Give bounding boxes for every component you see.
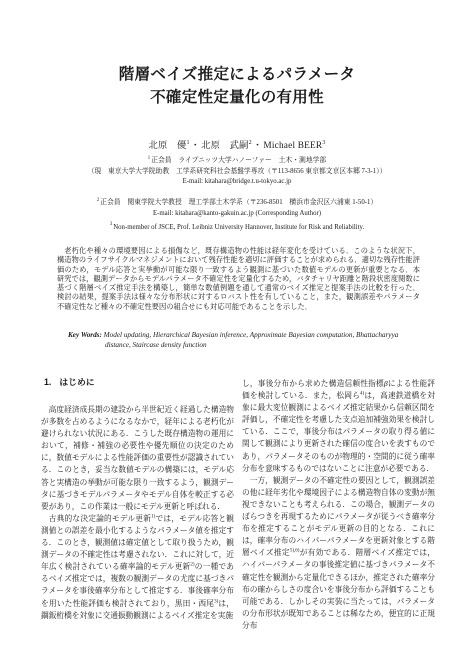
- title-line-2: 不確定性定量化の有用性: [0, 86, 474, 109]
- section-title: はじめに: [59, 377, 94, 387]
- keywords-block: Key Words: Model updating, Hierarchical …: [68, 331, 420, 350]
- paragraph-2: 古典的な決定論的モデル更新1)では，モデル応答と観測値との誤差を最小化するような…: [41, 513, 234, 622]
- affiliation-line-4: 3Non-member of JSCE, Prof. Leibniz Unive…: [0, 223, 474, 234]
- reference-superscript: 3): [214, 599, 218, 604]
- affiliation-email-1: E-mail: kitahara@bridge.t.u-tokyo.ac.jp: [0, 177, 474, 188]
- author-name: Michael BEER: [263, 141, 322, 151]
- title-line-1: 階層ベイズ推定によるパラメータ: [0, 63, 474, 86]
- author-superscript: 3: [322, 140, 325, 146]
- reference-superscript: 2): [190, 563, 194, 568]
- author-separator: ・: [252, 141, 264, 151]
- section-heading: 1.はじめに: [41, 376, 234, 388]
- title-block: 階層ベイズ推定によるパラメータ 不確定性定量化の有用性: [0, 63, 474, 109]
- affiliation-text: 正会員 関東学院大学教授 理工学部土木学系（〒236-8501 横浜市金沢区六浦…: [100, 199, 377, 206]
- keywords-label: Key Words:: [68, 331, 102, 339]
- reference-superscript: 1): [151, 514, 155, 519]
- author-2: 北原 武嗣2: [201, 141, 252, 151]
- author-line: 北原 優1・北原 武嗣2・Michael BEER3: [0, 137, 474, 151]
- body-column-right: し，事後分布から求めた構造信頼性指標βによる性能評価を検討している．また，松岡ら…: [242, 378, 435, 632]
- keywords-text: Model updating, Hierarchical Bayesian in…: [104, 331, 399, 349]
- reference-superscript: 4): [360, 392, 364, 397]
- affiliation-text: Non-member of JSCE, Prof. Leibniz Univer…: [113, 224, 364, 231]
- affiliation-superscript: 2: [97, 198, 99, 203]
- email-text: E-mail: kitahara@kanto-gakuin.ac.jp (Cor…: [153, 210, 321, 217]
- affiliation-email-2: E-mail: kitahara@kanto-gakuin.ac.jp (Cor…: [0, 209, 474, 220]
- body-column-left: 1.はじめに 高度経済成長期の建設から半世紀近く経過した構造物が多数を占めるよう…: [41, 376, 234, 622]
- page: 階層ベイズ推定によるパラメータ 不確定性定量化の有用性 北原 優1・北原 武嗣2…: [0, 0, 474, 670]
- abstract-text: 老朽化や種々の環境要因による損傷など，既存構造物の性能は経年変化を受けている．こ…: [57, 247, 420, 312]
- affiliation-line-1: 1正会員 ライプニッツ大学ハノーファー 土木・測地学部: [0, 156, 474, 167]
- author-separator: ・: [190, 141, 202, 151]
- author-3: Michael BEER3: [263, 141, 325, 151]
- affiliation-text: （現 東京大学大学院助教 工学系研究科社会基盤学専攻（〒113-8656 東京都…: [88, 168, 387, 175]
- section-number: 1.: [44, 377, 51, 387]
- email-text: E-mail: kitahara@bridge.t.u-tokyo.ac.jp: [183, 178, 292, 185]
- affiliation-superscript: 1: [148, 156, 150, 161]
- author-1: 北原 優1: [148, 141, 189, 151]
- author-name: 北原 武嗣: [201, 141, 249, 151]
- affiliation-superscript: 3: [110, 222, 112, 227]
- paragraph-3: し，事後分布から求めた構造信頼性指標βによる性能評価を検討している．また，松岡ら…: [242, 378, 435, 475]
- math-symbol: β: [384, 379, 388, 388]
- paragraph-1: 高度経済成長期の建設から半世紀近く経過した構造物が多数を占めるようになるなかで，…: [41, 404, 234, 513]
- affiliation-line-2: （現 東京大学大学院助教 工学系研究科社会基盤学専攻（〒113-8656 東京都…: [0, 167, 474, 178]
- reference-superscript: 5),6): [290, 549, 300, 554]
- author-name: 北原 優: [148, 141, 186, 151]
- affiliation-line-3: 2正会員 関東学院大学教授 理工学部土木学系（〒236-8501 横浜市金沢区六…: [0, 198, 474, 209]
- paragraph-4: 一方，観測データの不確定性の要因として，観測誤差の他に経年劣化や環境因子による構…: [242, 475, 435, 632]
- affiliation-text: 正会員 ライプニッツ大学ハノーファー 土木・測地学部: [151, 157, 326, 164]
- affiliations: 1正会員 ライプニッツ大学ハノーファー 土木・測地学部 （現 東京大学大学院助教…: [0, 156, 474, 233]
- paper-title: 階層ベイズ推定によるパラメータ 不確定性定量化の有用性: [0, 63, 474, 109]
